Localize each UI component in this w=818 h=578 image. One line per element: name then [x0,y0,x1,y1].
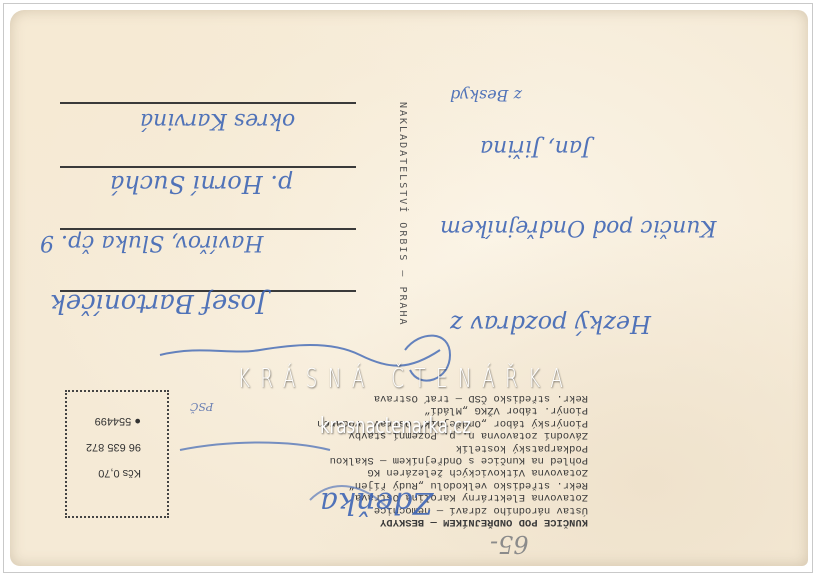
ink-flourish [10,10,808,566]
postcard-back: NAKLADATELSTVÍ ORBIS — PRAHA KUNČICE POD… [10,10,808,566]
watermark-title: KRÁSNÁ ČTENÁŘKA [238,364,573,394]
watermark-url: krasnactenarka.cz [320,414,471,439]
